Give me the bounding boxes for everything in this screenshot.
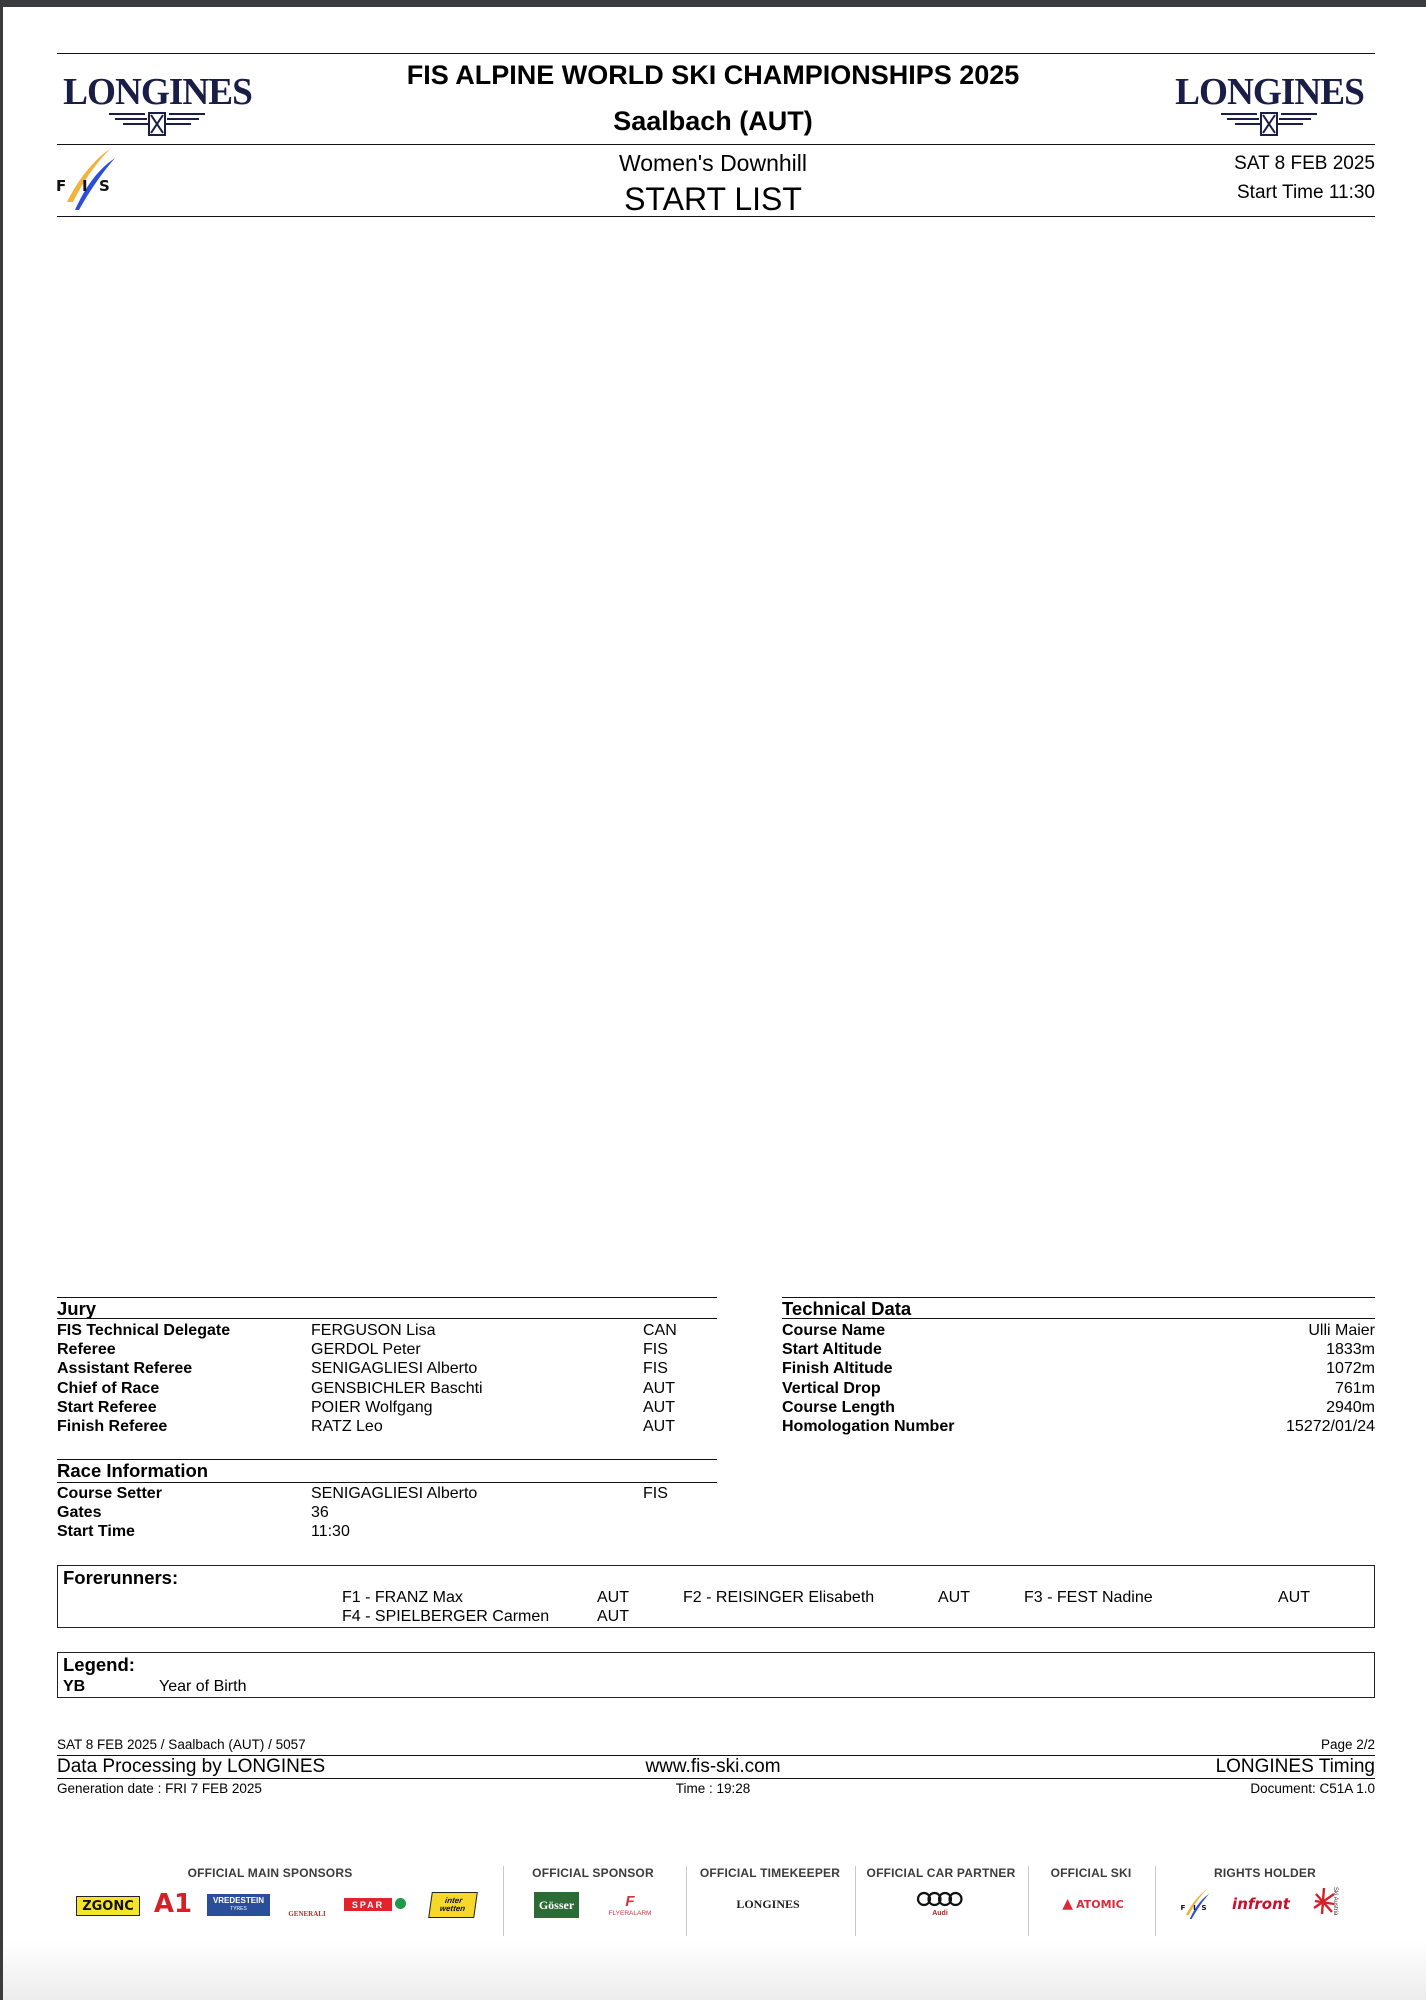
jury-nation: FIS: [643, 1341, 668, 1359]
tech-value: 1833m: [1326, 1341, 1375, 1359]
legend-abbr: YB: [63, 1678, 85, 1696]
championship-title: FIS ALPINE WORLD SKI CHAMPIONSHIPS 2025: [313, 60, 1113, 91]
tech-label: Start Altitude: [782, 1341, 882, 1359]
flyeralarm-text: FLYERALARM: [609, 1910, 652, 1917]
tech-value: Ulli Maier: [1308, 1322, 1375, 1340]
race-info-label: Course Setter: [57, 1485, 162, 1503]
race-date: SAT 8 FEB 2025: [1234, 153, 1375, 175]
forerunner-nation: AUT: [597, 1589, 629, 1607]
document-type: START LIST: [313, 181, 1113, 218]
jury-role: Assistant Referee: [57, 1360, 192, 1378]
race-info-value: 36: [311, 1504, 329, 1522]
svg-text:I: I: [1193, 1903, 1196, 1912]
jury-role: Referee: [57, 1341, 116, 1359]
page-bottom-shade: [3, 1940, 1426, 2000]
sponsor-logo-generali: GENERALI: [290, 1890, 324, 1918]
footer-time: Time : 19:28: [613, 1781, 813, 1796]
footer-document-code: Document: C51A 1.0: [1250, 1781, 1375, 1796]
longines-wordmark: LONGINES: [1169, 70, 1370, 114]
race-info-value: 11:30: [311, 1523, 350, 1541]
forerunners-title: Forerunners:: [63, 1567, 178, 1589]
forerunner-nation: AUT: [1278, 1589, 1310, 1607]
race-info-label: Gates: [57, 1504, 101, 1522]
tech-label: Finish Altitude: [782, 1360, 893, 1378]
window-left-border: [0, 0, 3, 2000]
tech-value: 2940m: [1326, 1399, 1375, 1417]
sponsor-title-ski: OFFICIAL SKI: [1028, 1866, 1154, 1880]
svg-text:S: S: [1201, 1903, 1206, 1912]
atomic-text: ATOMIC: [1076, 1898, 1124, 1911]
footer-page-number: Page 2/2: [1321, 1737, 1375, 1752]
jury-name: RATZ Leo: [311, 1418, 383, 1436]
fis-logo: F I S: [55, 146, 125, 212]
svg-text:I: I: [82, 177, 88, 195]
header-top-rule: [57, 53, 1375, 54]
svg-text:F: F: [56, 177, 66, 195]
legend-meaning: Year of Birth: [159, 1678, 246, 1696]
jury-nation: AUT: [643, 1399, 675, 1417]
sponsor-title-timekeeper: OFFICIAL TIMEKEEPER: [686, 1866, 854, 1880]
sponsor-title-official: OFFICIAL SPONSOR: [503, 1866, 683, 1880]
longines-logo-right: LONGINES: [1167, 62, 1372, 142]
footer-event-ref: SAT 8 FEB 2025 / Saalbach (AUT) / 5057: [57, 1737, 306, 1752]
sponsor-logo-gosser: Gösser: [534, 1892, 579, 1918]
jury-name: GENSBICHLER Baschti: [311, 1380, 483, 1398]
sponsor-title-main: OFFICIAL MAIN SPONSORS: [150, 1866, 390, 1880]
jury-role: FIS Technical Delegate: [57, 1322, 230, 1340]
vredestein-text: VREDESTEIN: [213, 1896, 264, 1905]
longines-winged-hourglass-icon: [107, 110, 207, 140]
venue-title: Saalbach (AUT): [313, 106, 1113, 137]
svg-text:F: F: [1180, 1903, 1185, 1912]
race-info-value: SENIGAGLIESI Alberto: [311, 1485, 477, 1503]
window-top-bar: [0, 0, 1426, 7]
sponsor-logo-flyeralarm: F FLYERALARM: [598, 1889, 662, 1921]
longines-wordmark: LONGINES: [57, 70, 258, 114]
tech-label: Homologation Number: [782, 1418, 954, 1436]
forerunner-name: F1 - FRANZ Max: [342, 1589, 463, 1607]
vredestein-sub: TYRES: [230, 1905, 247, 1914]
footer-rule-2: [57, 1778, 1375, 1779]
flyeralarm-f-icon: F: [625, 1893, 634, 1910]
interwetten-text-2: wetten: [439, 1905, 465, 1913]
jury-name: FERGUSON Lisa: [311, 1322, 435, 1340]
jury-role: Chief of Race: [57, 1380, 159, 1398]
sponsor-logo-spar: SPAR: [344, 1898, 392, 1911]
race-start-time: Start Time 11:30: [1237, 182, 1375, 204]
tech-value: 1072m: [1326, 1360, 1375, 1378]
legend-box: Legend: YB Year of Birth: [57, 1652, 1375, 1698]
race-info-nation: FIS: [643, 1485, 668, 1503]
race-info-title-rule: [57, 1482, 717, 1483]
forerunner-name: F4 - SPIELBERGER Carmen: [342, 1608, 549, 1626]
jury-nation: CAN: [643, 1322, 677, 1340]
fis-swoosh-icon: F I S: [55, 146, 125, 212]
tech-value: 761m: [1335, 1380, 1375, 1398]
jury-name: GERDOL Peter: [311, 1341, 421, 1359]
sponsor-title-rights-holder: RIGHTS HOLDER: [1155, 1866, 1375, 1880]
jury-nation: AUT: [643, 1418, 675, 1436]
race-info-title: Race Information: [57, 1460, 208, 1482]
tech-label: Course Name: [782, 1322, 885, 1340]
tech-label: Vertical Drop: [782, 1380, 881, 1398]
jury-nation: FIS: [643, 1360, 668, 1378]
sponsor-logo-longines: LONGINES: [726, 1893, 810, 1915]
tech-label: Course Length: [782, 1399, 895, 1417]
tech-value: 15272/01/24: [1286, 1418, 1375, 1436]
forerunner-nation: AUT: [938, 1589, 970, 1607]
header-bottom-rule: [57, 216, 1375, 217]
longines-winged-hourglass-icon: [1219, 110, 1319, 140]
footer-generation-date: Generation date : FRI 7 FEB 2025: [57, 1781, 262, 1796]
footer-data-processing: Data Processing by LONGINES: [57, 1756, 325, 1778]
jury-title-rule: [57, 1318, 717, 1319]
forerunner-name: F3 - FEST Nadine: [1024, 1589, 1153, 1607]
svg-text:S: S: [99, 177, 110, 195]
header-mid-rule: [57, 144, 1375, 145]
jury-nation: AUT: [643, 1380, 675, 1398]
footer-website-link[interactable]: www.fis-ski.com: [563, 1756, 863, 1778]
jury-top-rule: [57, 1297, 717, 1298]
forerunner-nation: AUT: [597, 1608, 629, 1626]
atomic-a-icon: ▲: [1062, 1896, 1073, 1912]
jury-title: Jury: [57, 1298, 96, 1320]
jury-name: SENIGAGLIESI Alberto: [311, 1360, 477, 1378]
sponsor-logo-fis: FIS: [1180, 1887, 1214, 1926]
race-info-label: Start Time: [57, 1523, 135, 1541]
tech-title-rule: [782, 1318, 1375, 1319]
sponsor-logo-interwetten: inter wetten: [428, 1892, 478, 1918]
event-name: Women's Downhill: [313, 150, 1113, 177]
tech-title: Technical Data: [782, 1298, 911, 1320]
jury-role: Start Referee: [57, 1399, 157, 1417]
sponsor-logo-zgonc: ZGONC: [76, 1896, 140, 1916]
longines-logo-left: LONGINES: [55, 62, 260, 142]
sponsor-title-car-partner: OFFICIAL CAR PARTNER: [855, 1866, 1027, 1880]
sponsor-logo-atomic: ▲ ATOMIC: [1058, 1896, 1128, 1912]
sponsor-logo-vredestein: VREDESTEIN TYRES: [207, 1894, 270, 1916]
sponsor-logo-audi: Audi: [916, 1908, 964, 1918]
ski-austria-text: Ski Austria: [1332, 1887, 1338, 1917]
sponsor-logo-infront: infront: [1234, 1895, 1288, 1913]
forerunner-name: F2 - REISINGER Elisabeth: [683, 1589, 874, 1607]
jury-name: POIER Wolfgang: [311, 1399, 433, 1417]
spar-tree-icon: [395, 1898, 406, 1909]
jury-role: Finish Referee: [57, 1418, 167, 1436]
sponsor-logo-a1: A1: [159, 1890, 187, 1918]
legend-title: Legend:: [63, 1654, 135, 1676]
footer-timing: LONGINES Timing: [1216, 1756, 1375, 1778]
